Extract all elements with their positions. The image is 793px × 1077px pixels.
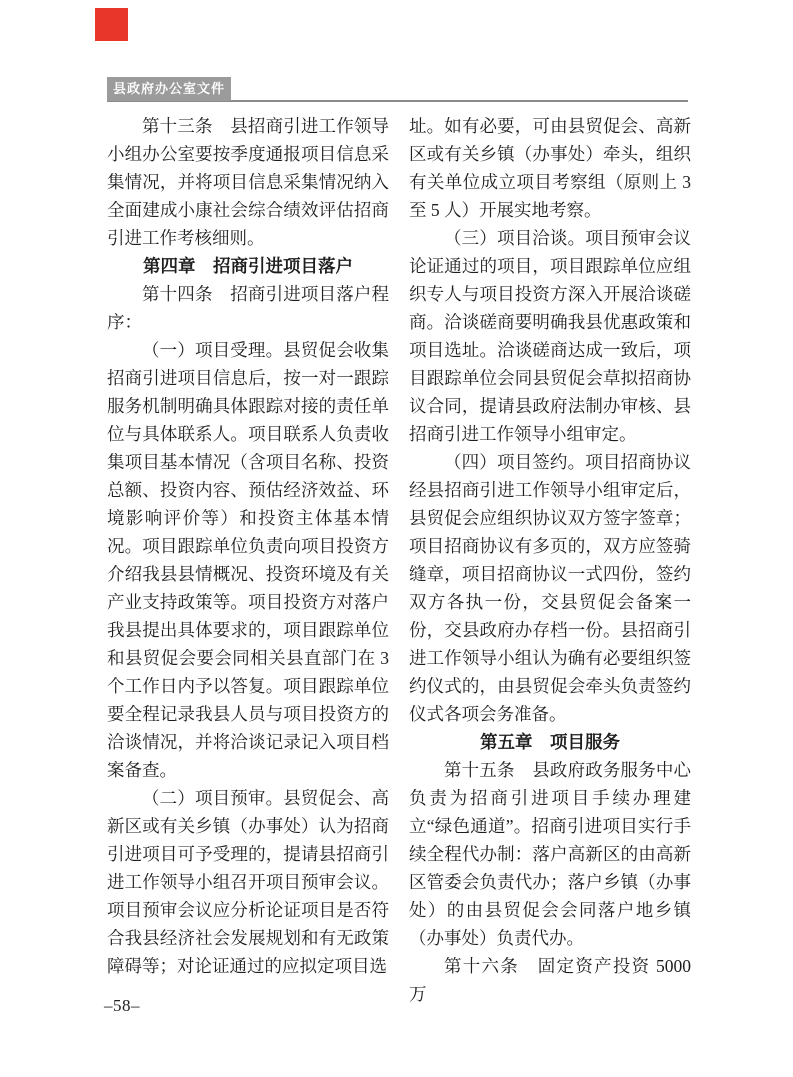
paragraph: 址。如有必要，可由县贸促会、高新区或有关乡镇（办事处）牵头，组织有关单位成立项目… [409,112,691,224]
red-stamp-marker [95,8,128,41]
paragraph: 第十四条 招商引进项目落户程序： [107,280,389,336]
left-text-column: 第十三条 县招商引进工作领导小组办公室要按季度通报项目信息采集情况，并将项目信息… [107,112,389,980]
chapter-heading: 第四章 招商引进项目落户 [107,252,389,280]
paragraph: （四）项目签约。项目招商协议经县招商引进工作领导小组审定后，县贸促会应组织协议双… [409,448,691,728]
right-text-column: 址。如有必要，可由县贸促会、高新区或有关乡镇（办事处）牵头，组织有关单位成立项目… [409,112,691,1008]
document-page: 县政府办公室文件 第十三条 县招商引进工作领导小组办公室要按季度通报项目信息采集… [0,0,793,1077]
paragraph: 第十六条 固定资产投资 5000 万 [409,952,691,1008]
paragraph: 第十三条 县招商引进工作领导小组办公室要按季度通报项目信息采集情况，并将项目信息… [107,112,389,252]
chapter-heading: 第五章 项目服务 [409,728,691,756]
paragraph: （一）项目受理。县贸促会收集招商引进项目信息后，按一对一跟踪服务机制明确具体跟踪… [107,336,389,784]
header-badge: 县政府办公室文件 [107,77,231,101]
paragraph: （二）项目预审。县贸促会、高新区或有关乡镇（办事处）认为招商引进项目可予受理的，… [107,784,389,980]
page-number: –58– [104,995,140,1017]
paragraph: （三）项目洽谈。项目预审会议论证通过的项目，项目跟踪单位应组织专人与项目投资方深… [409,224,691,448]
paragraph: 第十五条 县政府政务服务中心负责为招商引进项目手续办理建立“绿色通道”。招商引进… [409,756,691,952]
